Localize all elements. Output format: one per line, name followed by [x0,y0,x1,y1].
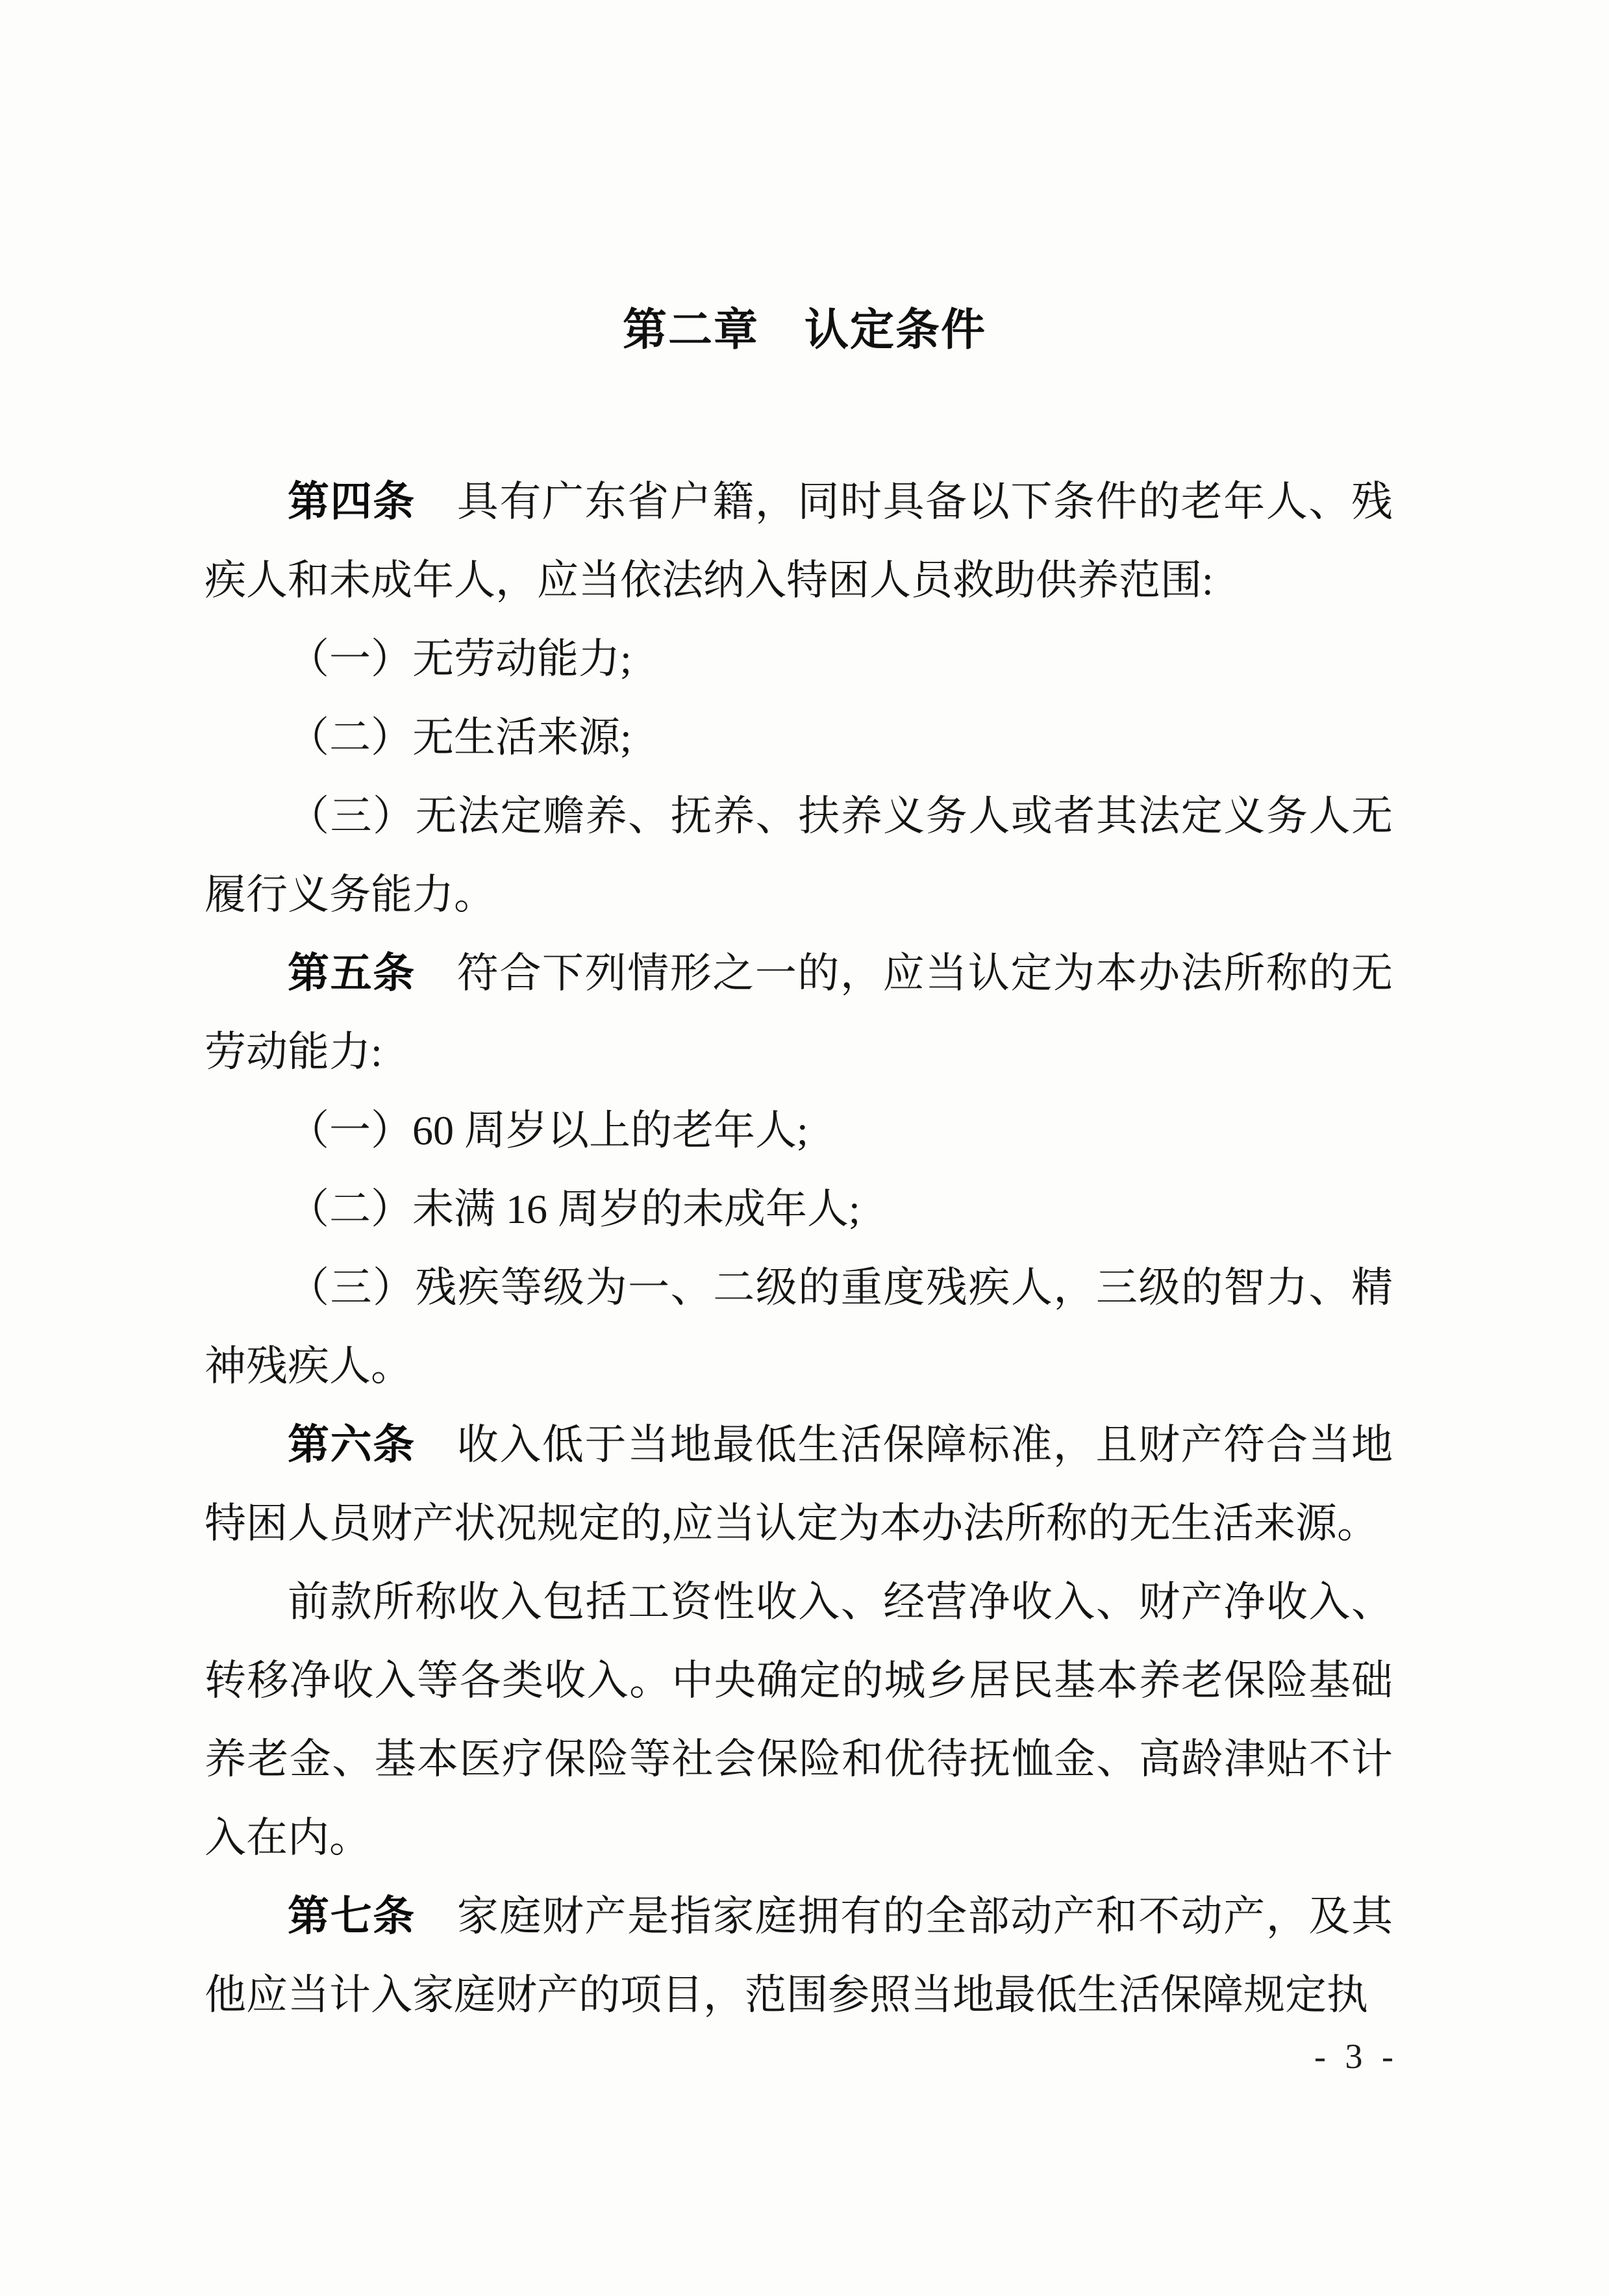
article-4-item-1-text: （一）无劳动能力; [288,636,632,682]
article-5-item-1-text: （一）60 周岁以上的老年人; [288,1107,808,1154]
article-6-number: 第六条 [288,1421,416,1468]
article-5-item-3: （三）残疾等级为一、二级的重度残疾人，三级的智力、精神残疾人。 [205,1248,1393,1406]
article-7-number: 第七条 [288,1893,416,1939]
article-4-number: 第四条 [288,478,416,525]
article-4-item-2-text: （二）无生活来源; [288,714,632,761]
article-6-paragraph: 第六条收入低于当地最低生活保障标准，且财产符合当地特困人员财产状况规定的,应当认… [205,1406,1393,1563]
article-4-item-3-text: （三）无法定赡养、抚养、扶养义务人或者其法定义务人无履行义务能力。 [205,793,1393,918]
document-page: 第二章 认定条件 第四条具有广东省户籍，同时具备以下条件的老年人、残疾人和未成年… [0,0,1609,2296]
article-4-item-1: （一）无劳动能力; [205,620,1393,698]
article-4-paragraph: 第四条具有广东省户籍，同时具备以下条件的老年人、残疾人和未成年人，应当依法纳入特… [205,462,1393,620]
document-body: 第四条具有广东省户籍，同时具备以下条件的老年人、残疾人和未成年人，应当依法纳入特… [205,462,1393,2034]
article-5-item-2: （二）未满 16 周岁的未成年人; [205,1170,1393,1248]
article-5-item-2-text: （二）未满 16 周岁的未成年人; [288,1186,860,1232]
article-5-item-1: （一）60 周岁以上的老年人; [205,1091,1393,1170]
article-4-item-3: （三）无法定赡养、抚养、扶养义务人或者其法定义务人无履行义务能力。 [205,777,1393,934]
article-5-number: 第五条 [288,950,416,996]
chapter-heading: 第二章 认定条件 [0,303,1609,357]
article-5-paragraph: 第五条符合下列情形之一的，应当认定为本办法所称的无劳动能力: [205,934,1393,1091]
page-number: - 3 - [1314,2037,1399,2076]
article-5-item-3-text: （三）残疾等级为一、二级的重度残疾人，三级的智力、精神残疾人。 [205,1265,1393,1389]
article-7-paragraph: 第七条家庭财产是指家庭拥有的全部动产和不动产，及其他应当计入家庭财产的项目，范围… [205,1877,1393,2034]
article-4-item-2: （二）无生活来源; [205,698,1393,777]
article-6-paragraph-2: 前款所称收入包括工资性收入、经营净收入、财产净收入、转移净收入等各类收入。中央确… [205,1563,1393,1877]
article-6-paragraph-2-text: 前款所称收入包括工资性收入、经营净收入、财产净收入、转移净收入等各类收入。中央确… [205,1579,1393,1861]
